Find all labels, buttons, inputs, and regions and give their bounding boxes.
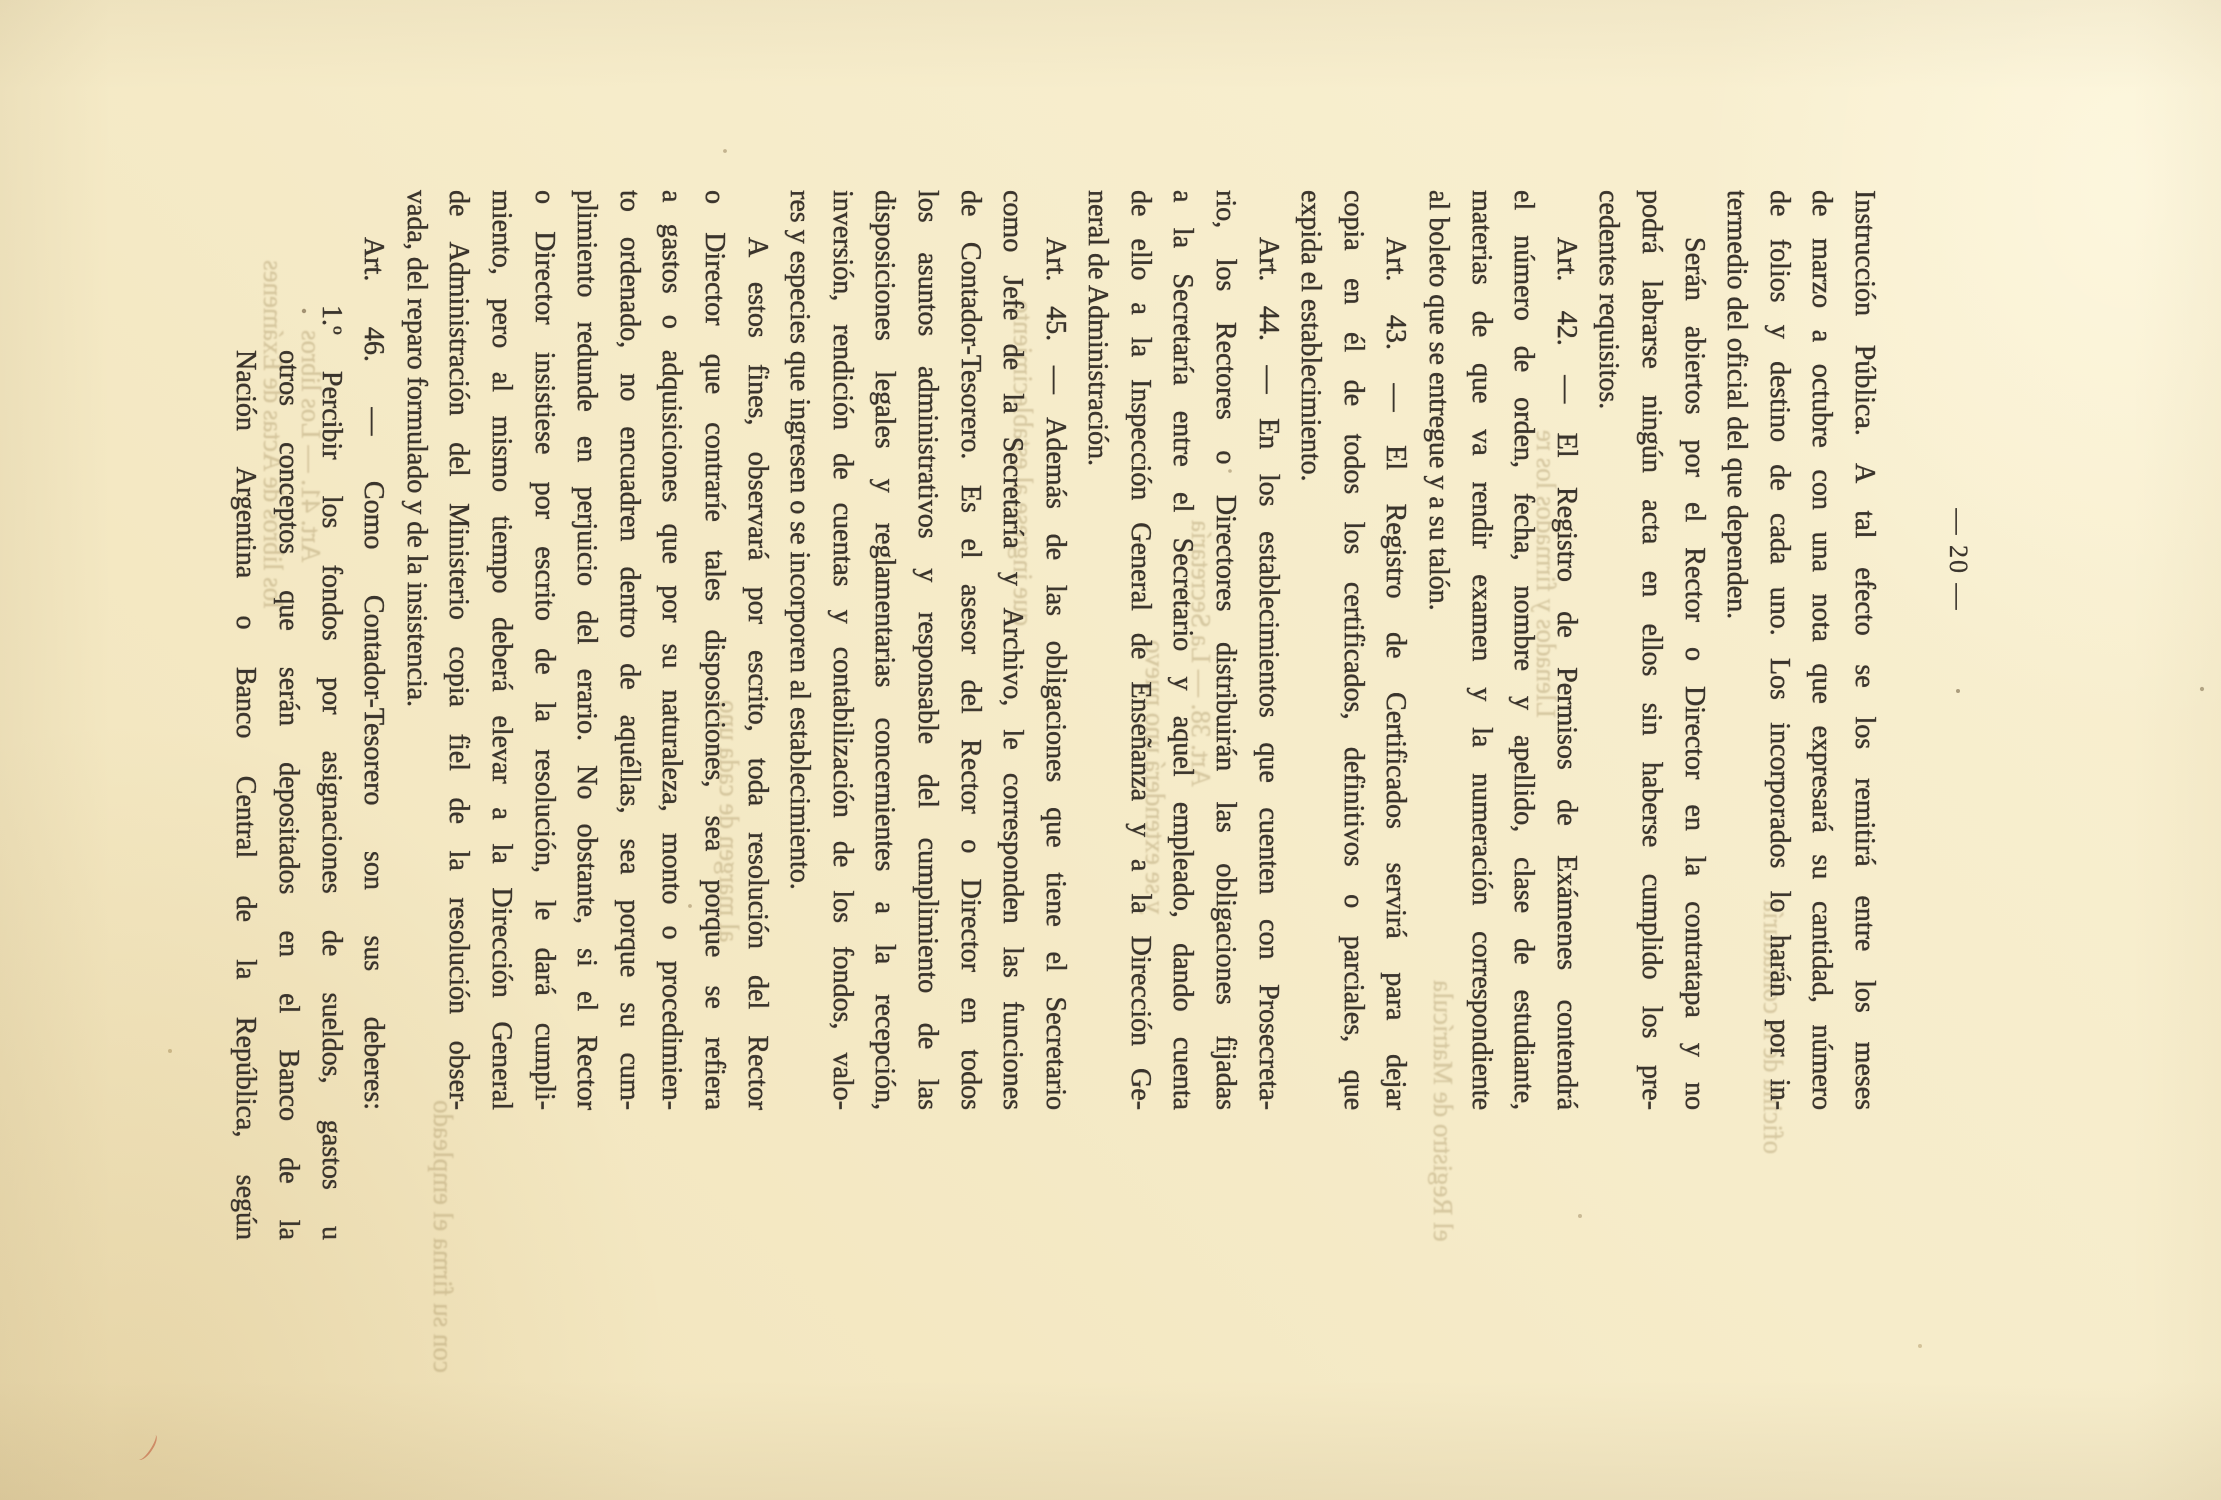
numbered-item: 1.º Percibir los fondos por asignaciones… — [224, 190, 352, 1110]
text-line: de folios y destino de cada uno. Los inc… — [1757, 190, 1800, 1110]
text-line: plimiento redunde en perjuicio del erari… — [565, 190, 608, 1110]
bleedthrough-text: con su firma el empleado — [423, 1100, 463, 1373]
text-line: de marzo a octubre con una nota que expr… — [1800, 190, 1843, 1110]
text-line: el número de orden, fecha, nombre y apel… — [1502, 190, 1545, 1110]
text-line: Art. 45. — Además de las obligaciones qu… — [1033, 190, 1076, 1110]
text-line: los asuntos administrativos y responsabl… — [905, 190, 948, 1110]
paragraph: Art. 44. — En los establecimientos que c… — [1076, 190, 1289, 1110]
text-line: o Director que contraríe tales disposici… — [692, 190, 735, 1110]
text-line: de ello a la Inspección General de Enseñ… — [1118, 190, 1161, 1110]
text-line: de Contador-Tesorero. Es el asesor del R… — [948, 190, 991, 1110]
page-number: — 20 — — [1943, 0, 1973, 1120]
text-line: a gastos o adquisiciones que por su natu… — [650, 190, 693, 1110]
text-line: disposiciones legales y reglamentarias c… — [863, 190, 906, 1110]
text-line: Art. 42. — El Registro de Permisos de Ex… — [1544, 190, 1587, 1110]
text-line: materias de que va rendir examen y la nu… — [1459, 190, 1502, 1110]
text-line: a la Secretaría entre el Secretario y aq… — [1161, 190, 1204, 1110]
text-line: rio, los Rectores o Directores distribui… — [1204, 190, 1247, 1110]
text-line: al boleto que se entregue y a su talón. — [1416, 190, 1459, 1110]
text-line: cedentes requisitos. — [1587, 190, 1630, 1110]
text-line: A estos fines, observará por escrito, to… — [735, 190, 778, 1110]
text-line: 1.º Percibir los fondos por asignaciones… — [309, 305, 352, 1240]
paper-fiber-mark — [134, 1431, 160, 1463]
text-line: podrá labrarse ningún acta en ellos sin … — [1629, 190, 1672, 1110]
paragraph: Instrucción Pública. A tal efecto se los… — [1715, 190, 1885, 1110]
text-line: vada, del reparo formulado y de la insis… — [394, 190, 437, 1110]
text-line: otros conceptos que serán depositados en… — [266, 350, 309, 1240]
text-line: de Administración del Ministerio copia f… — [437, 190, 480, 1110]
paragraph: A estos fines, observará por escrito, to… — [394, 190, 777, 1110]
paragraph: Art. 43. — El Registro de Certificados s… — [1289, 190, 1417, 1110]
text-line: miento, pero al mismo tiempo deberá elev… — [479, 190, 522, 1110]
paragraph: Art. 46. — Como Contador-Tesorero son su… — [352, 190, 395, 1110]
paragraph: Art. 45. — Además de las obligaciones qu… — [778, 190, 1076, 1110]
paragraph: Serán abiertos por el Rector o Director … — [1587, 190, 1715, 1110]
text-line: copia en él de todos los certificados, d… — [1331, 190, 1374, 1110]
text-block: Instrucción Pública. A tal efecto se los… — [224, 190, 1885, 1110]
text-line: termedio del oficial del que dependen. — [1715, 190, 1758, 1110]
book-page: Art. 38. — La Secretaríay se extenderá u… — [0, 0, 2221, 1500]
text-line: como Jefe de la Secretaría y Archivo, le… — [991, 190, 1034, 1110]
text-line: res y especies que ingresen o se incorpo… — [778, 190, 821, 1110]
text-line: inversión, rendición de cuentas y contab… — [820, 190, 863, 1110]
text-line: Serán abiertos por el Rector o Director … — [1672, 190, 1715, 1110]
text-line: Art. 44. — En los establecimientos que c… — [1246, 190, 1289, 1110]
scanned-page-image: Art. 38. — La Secretaríay se extenderá u… — [0, 0, 2221, 1500]
text-line: neral de Administración. — [1076, 190, 1119, 1110]
text-line: Nación Argentina o Banco Central de la R… — [224, 350, 267, 1240]
text-line: to ordenado, no encuadren dentro de aqué… — [607, 190, 650, 1110]
text-line: o Director insistiese por escrito de la … — [522, 190, 565, 1110]
text-line: Art. 43. — El Registro de Certificados s… — [1374, 190, 1417, 1110]
paragraph: Art. 42. — El Registro de Permisos de Ex… — [1416, 190, 1586, 1110]
text-line: Instrucción Pública. A tal efecto se los… — [1842, 190, 1885, 1110]
text-line: expida el establecimiento. — [1289, 190, 1332, 1110]
text-line: Art. 46. — Como Contador-Tesorero son su… — [352, 190, 395, 1110]
